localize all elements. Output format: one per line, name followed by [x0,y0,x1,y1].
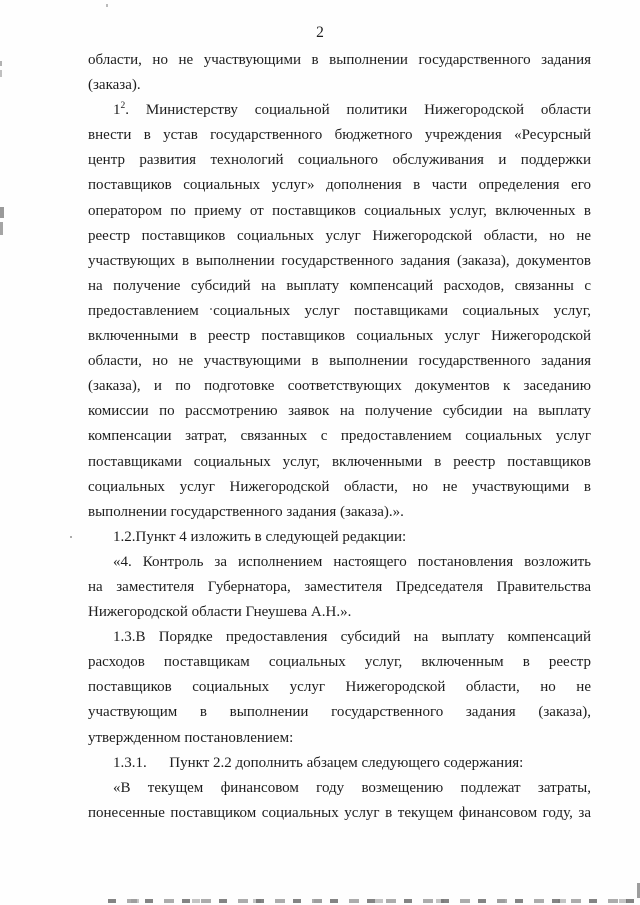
text-line: «4. Контроль за исполнением настоящего п… [88,550,591,575]
text-line: включенными в реестр поставщиков социаль… [88,324,591,349]
text-line: «В текущем финансовом году возмещению по… [88,776,591,801]
text-line: компенсации затрат, связанных с предоста… [88,424,591,449]
scan-artifact [0,70,2,77]
text-line: участвующим в выполнении государственног… [88,700,591,725]
scan-artifact [70,536,72,538]
scanned-document-page: { "page": { "number": "2" }, "document":… [0,0,640,905]
text-line: оператором по приему от поставщиков соци… [88,199,591,224]
text-line: участвующих в выполнении государственног… [88,249,591,274]
text-line: 1.2.Пункт 4 изложить в следующей редакци… [88,525,591,550]
text-line: внести в устав государственного бюджетно… [88,123,591,148]
text-line: расходов поставщикам социальных услуг, в… [88,650,591,675]
text-line: реестр поставщиков социальных услуг Ниже… [88,224,591,249]
text-line: (заказа). [88,73,591,98]
scan-artifact [106,4,108,7]
text-line: утвержденном постановлением: [88,726,591,751]
text-line: 12. Министерству социальной политики Ниж… [88,98,591,123]
text-line: центр развития технологий социального об… [88,148,591,173]
text-line: поставщиков социальных услуг» дополнения… [88,173,591,198]
text-line: поставщиками социальных услуг, включенны… [88,450,591,475]
text-line: на заместителя Губернатора, заместителя … [88,575,591,600]
text-line: социальных услуг Нижегородской области, … [88,475,591,500]
text-line: (заказа), и по подготовке соответствующи… [88,374,591,399]
text-line: поставщиков социальных услуг Нижегородск… [88,675,591,700]
text-line: 1.3.В Порядке предоставления субсидий на… [88,625,591,650]
text-line: области, но не участвующими в выполнении… [88,48,591,73]
scan-artifact [210,308,212,310]
text-line: понесенные поставщиком социальных услуг … [88,801,591,826]
page-number: 2 [0,24,640,42]
text-line: выполнении государственного задания (зак… [88,500,591,525]
scan-artifact [0,222,3,235]
text-line: 1.3.1. Пункт 2.2 дополнить абзацем следу… [88,751,591,776]
scan-noise-strip [108,899,638,903]
text-line: на получение субсидий на выплату компенс… [88,274,591,299]
scan-artifact [0,61,2,66]
document-body: области, но не участвующими в выполнении… [88,48,591,826]
scan-artifact [0,207,4,218]
text-line: области, но не участвующими в выполнении… [88,349,591,374]
text-line: Нижегородской области Гнеушева А.Н.». [88,600,591,625]
text-line: предоставлением социальных услуг поставщ… [88,299,591,324]
text-line: комиссии по рассмотрению заявок на получ… [88,399,591,424]
